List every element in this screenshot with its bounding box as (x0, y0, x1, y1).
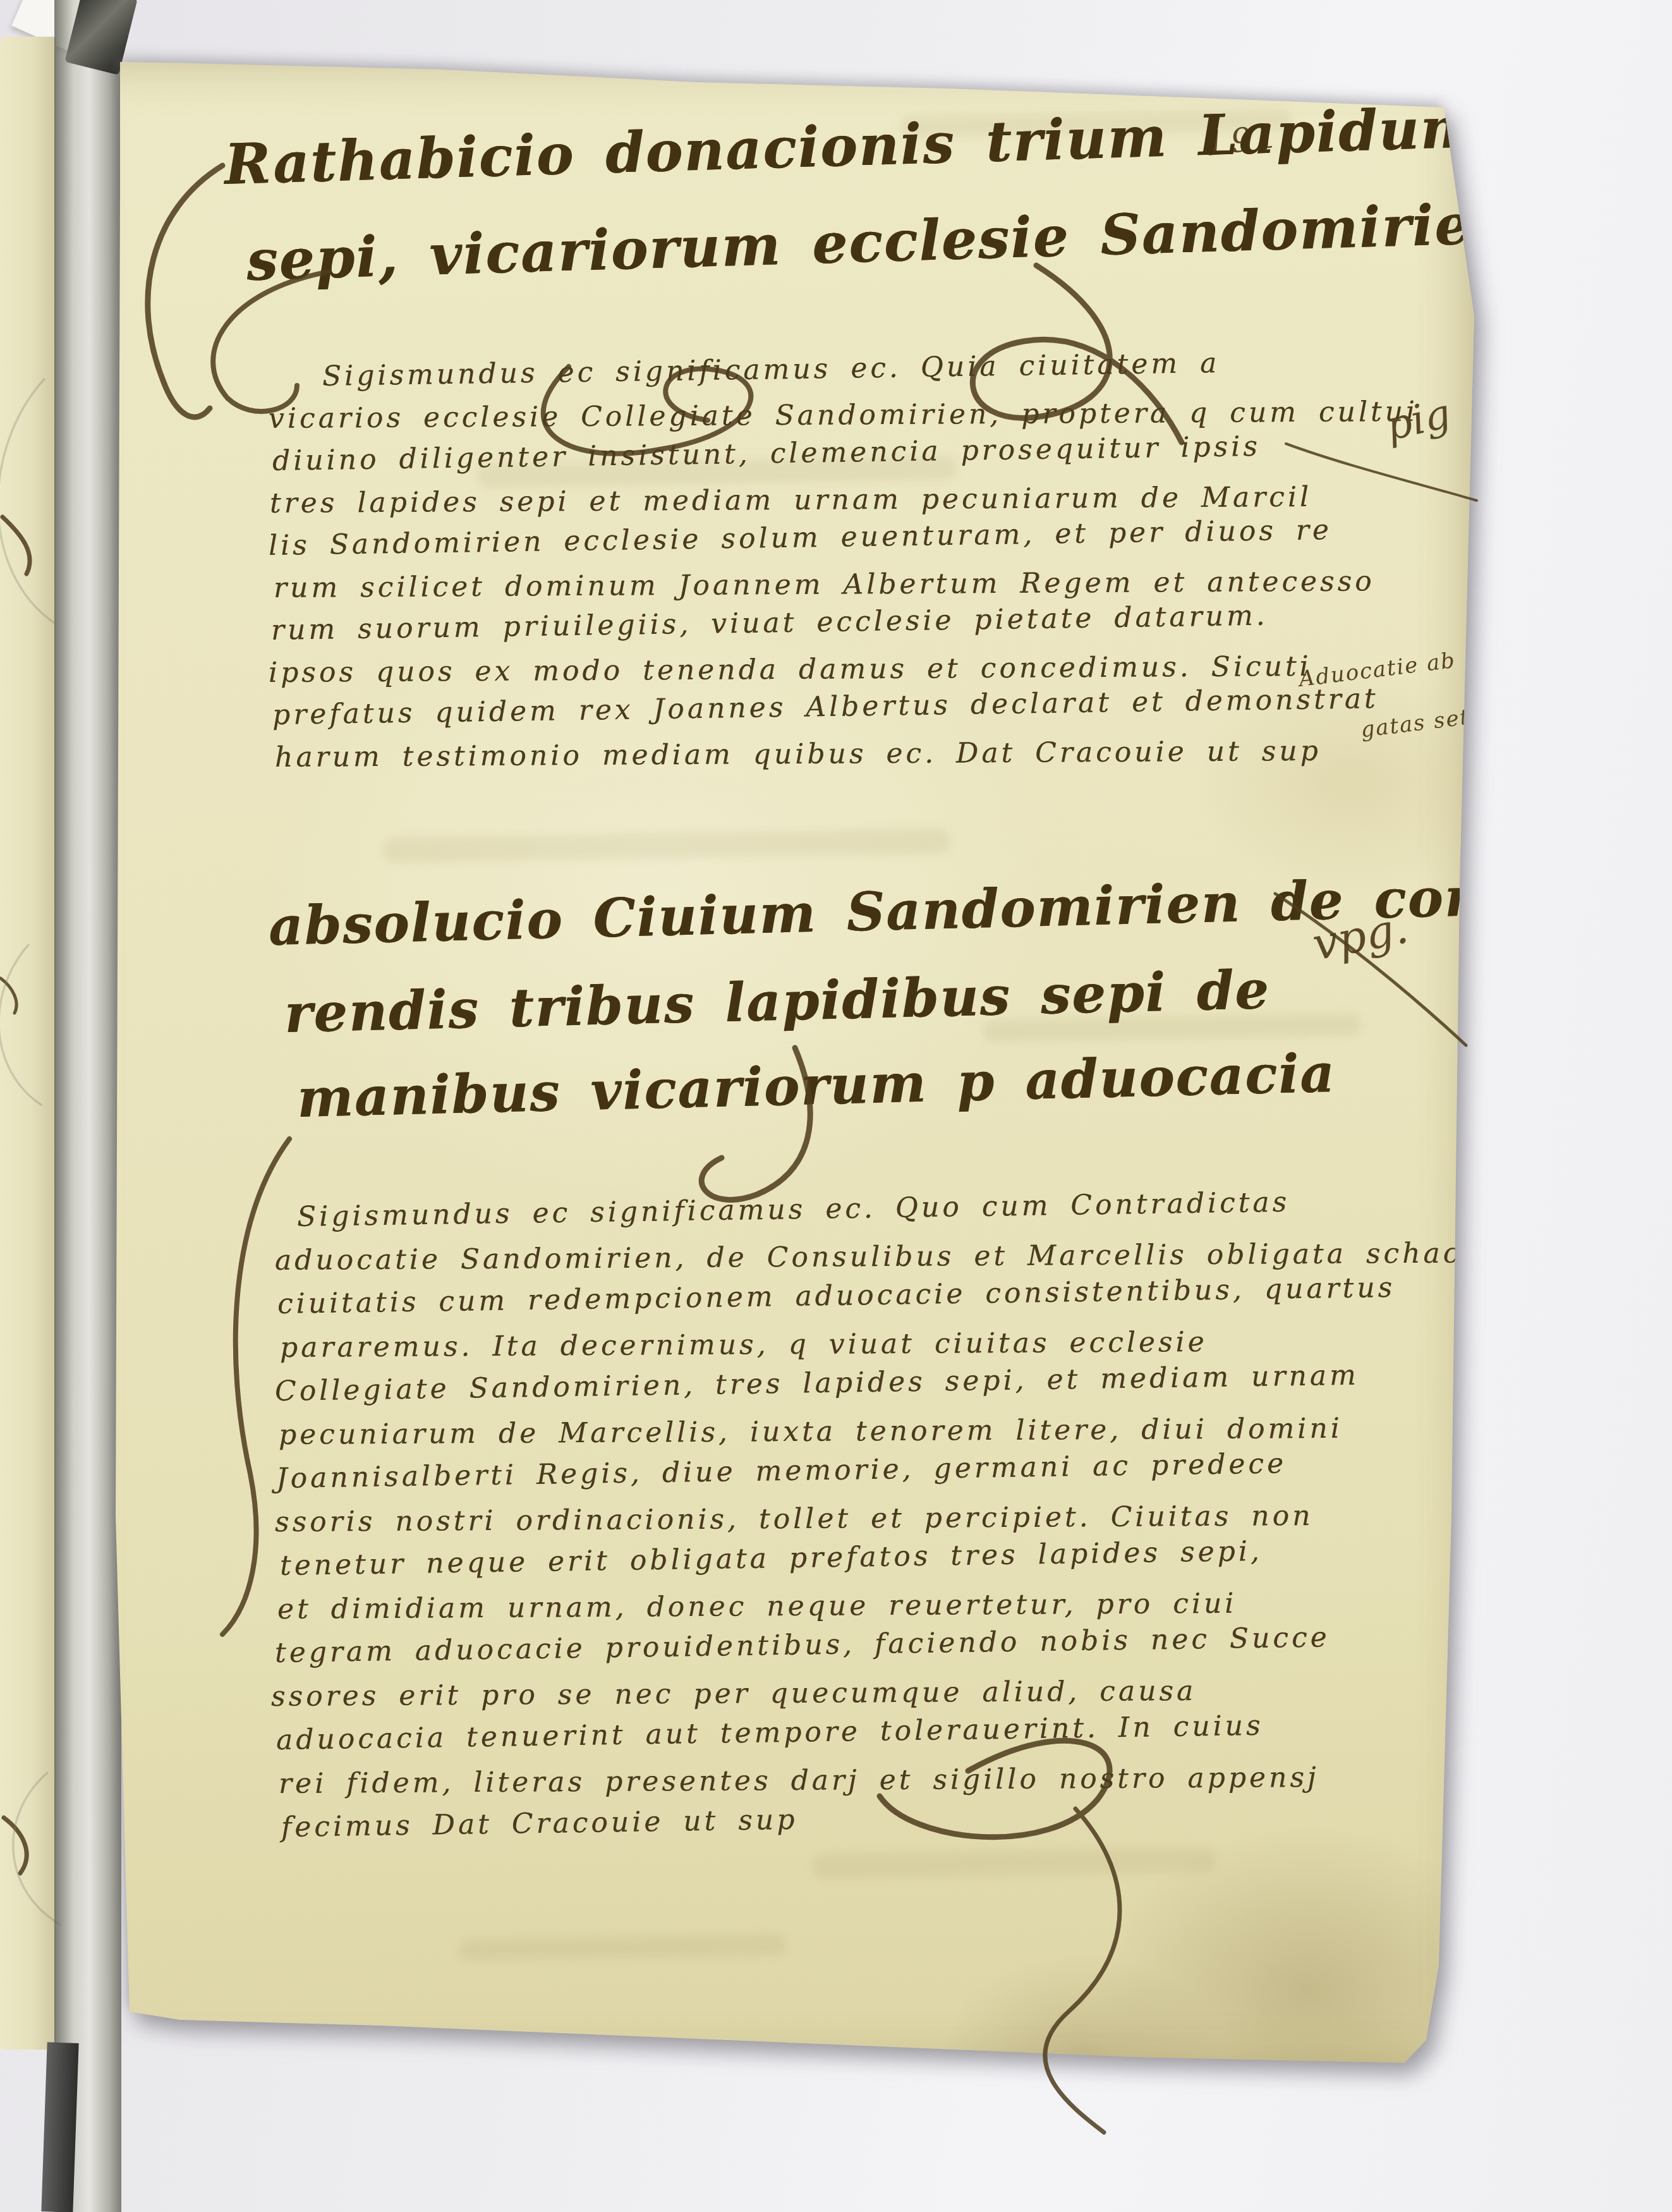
heading-line: sepi, vicariorum ecclesie Sandomiriensis (245, 187, 1601, 293)
manuscript-line: vicarios ecclesie Collegiate Sandomirien… (269, 396, 1418, 435)
ink-bleedthrough (812, 1847, 1217, 1879)
parchment-page-wrapper: 191 Rathabicio donacionis trium Lapidum … (66, 56, 1479, 2072)
manuscript-scan: 191 Rathabicio donacionis trium Lapidum … (0, 0, 1672, 2212)
manuscript-line: tres lapides sepi et mediam urnam pecuni… (270, 481, 1312, 520)
manuscript-line: Collegiate Sandomirien, tres lapides sep… (275, 1359, 1359, 1407)
manuscript-line: ciuitatis cum redempcionem aduocacie con… (277, 1272, 1396, 1320)
parchment-page: 191 Rathabicio donacionis trium Lapidum … (66, 56, 1479, 2072)
manuscript-line: lis Sandomirien ecclesie solum euenturam… (269, 514, 1333, 562)
manuscript-line: rum scilicet dominum Joannem Albertum Re… (274, 565, 1375, 604)
ink-bleedthrough (458, 1933, 787, 1961)
manuscript-line: prefatus quidem rex Joannes Albertus dec… (272, 683, 1379, 731)
manuscript-line: ssoris nostri ordinacionis, tollet et pe… (275, 1500, 1314, 1538)
manuscript-line: aduocacia tenuerint aut tempore toleraue… (276, 1710, 1264, 1756)
manuscript-line: pecuniarum de Marcellis, iuxta tenorem l… (279, 1413, 1343, 1451)
facing-page-edge (0, 37, 56, 2050)
manuscript-line: harum testimonio mediam quibus ec. Dat C… (275, 735, 1321, 774)
manuscript-line: Sigismundus ec significamus ec. Quia ciu… (322, 347, 1220, 392)
manuscript-line: ipsos quos ex modo tenenda damus et conc… (269, 650, 1312, 689)
manuscript-line: Sigismundus ec significamus ec. Quo cum … (297, 1186, 1290, 1233)
manuscript-line: aduocatie Sandomirien, de Consulibus et … (275, 1237, 1520, 1277)
manuscript-line: Joannisalberti Regis, diue memorie, germ… (276, 1447, 1287, 1495)
manuscript-line: rum suorum priuilegiis, viuat ecclesie p… (271, 600, 1268, 647)
ink-bleedthrough (382, 828, 952, 863)
manuscript-line: fecimus Dat Cracouie ut sup (281, 1804, 798, 1844)
heading-line: Rathabicio donacionis trium Lapidum (223, 94, 1481, 197)
manuscript-line: rei fidem, literas presentes darj et sig… (279, 1761, 1319, 1800)
heading-line: absolucio Ciuium Sandomirien de con (268, 865, 1485, 957)
manuscript-line: pararemus. Ita decernimus, q viuat ciuit… (280, 1326, 1208, 1364)
manuscript-line: tenetur neque erit obligata prefatos tre… (280, 1535, 1263, 1582)
manuscript-line: tegram aduocacie prouidentibus, faciendo… (275, 1621, 1330, 1669)
manuscript-line: ssores erit pro se nec per quecumque ali… (271, 1675, 1197, 1713)
heading-line: manibus vicariorum p aduocacia (296, 1042, 1336, 1129)
manuscript-line: et dimidiam urnam, donec neque reuertetu… (277, 1588, 1237, 1626)
